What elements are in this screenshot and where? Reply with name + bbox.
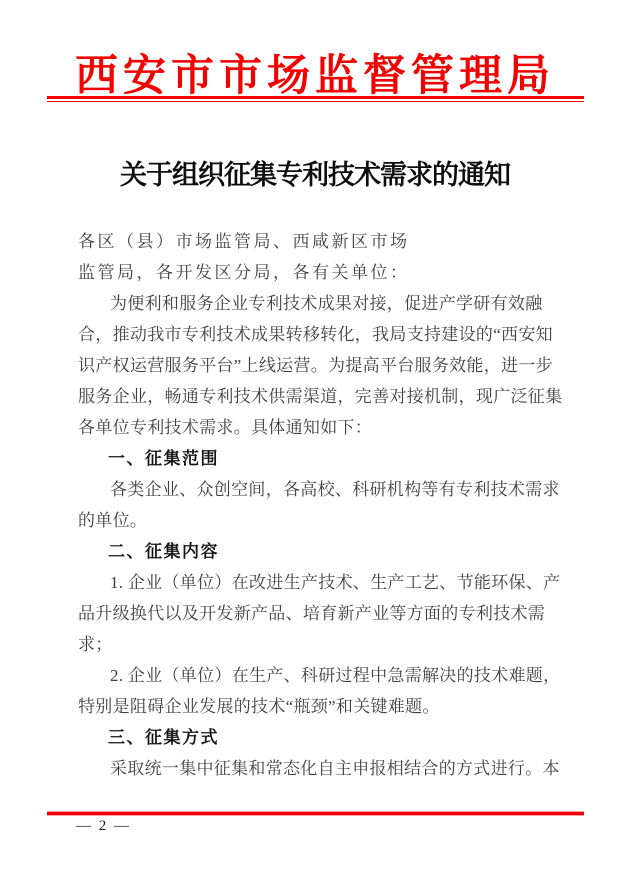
- header-divider: [47, 96, 584, 102]
- body-line: 求；: [78, 629, 560, 660]
- body-line: 合，推动我市专利技术成果转移转化，我局支持建设的“西安知: [78, 319, 560, 350]
- body-line-item-1: 1. 企业（单位）在改进生产技术、生产工艺、节能环保、产: [78, 567, 560, 598]
- agency-name: 西安市市场监督管理局: [0, 42, 630, 103]
- body-line: 各单位专利技术需求。具体通知如下：: [78, 412, 560, 443]
- document-title: 关于组织征集专利技术需求的通知: [0, 153, 630, 192]
- document-body: 各区（县）市场监管局、西咸新区市场 监管局，各开发区分局，各有关单位： 为便利和…: [78, 226, 560, 784]
- body-line-item-2: 2. 企业（单位）在生产、科研过程中急需解决的技术难题，: [78, 660, 560, 691]
- section-heading-method: 三、征集方式: [78, 722, 560, 753]
- page-number: — 2 —: [76, 818, 131, 835]
- body-line-recipients: 监管局，各开发区分局，各有关单位：: [78, 257, 560, 288]
- body-line: 为便利和服务企业专利技术成果对接，促进产学研有效融: [78, 288, 560, 319]
- header-divider-thin-line: [47, 101, 584, 102]
- body-line: 特别是阻碍企业发展的技术“瓶颈”和关键难题。: [78, 691, 560, 722]
- section-heading-scope: 一、征集范围: [78, 443, 560, 474]
- section-heading-content: 二、征集内容: [78, 536, 560, 567]
- body-line: 服务企业，畅通专利技术供需渠道，完善对接机制，现广泛征集: [78, 381, 560, 412]
- body-line: 的单位。: [78, 505, 560, 536]
- body-line: 品升级换代以及开发新产品、培育新产业等方面的专利技术需: [78, 598, 560, 629]
- body-line: 采取统一集中征集和常态化自主申报相结合的方式进行。本: [78, 753, 560, 784]
- footer-divider: [47, 812, 584, 815]
- body-line: 各类企业、众创空间，各高校、科研机构等有专利技术需求: [78, 474, 560, 505]
- body-line-recipients: 各区（县）市场监管局、西咸新区市场: [78, 226, 560, 257]
- document-page: 西安市市场监督管理局 关于组织征集专利技术需求的通知 各区（县）市场监管局、西咸…: [0, 0, 630, 870]
- body-line: 识产权运营服务平台”上线运营。为提高平台服务效能，进一步: [78, 350, 560, 381]
